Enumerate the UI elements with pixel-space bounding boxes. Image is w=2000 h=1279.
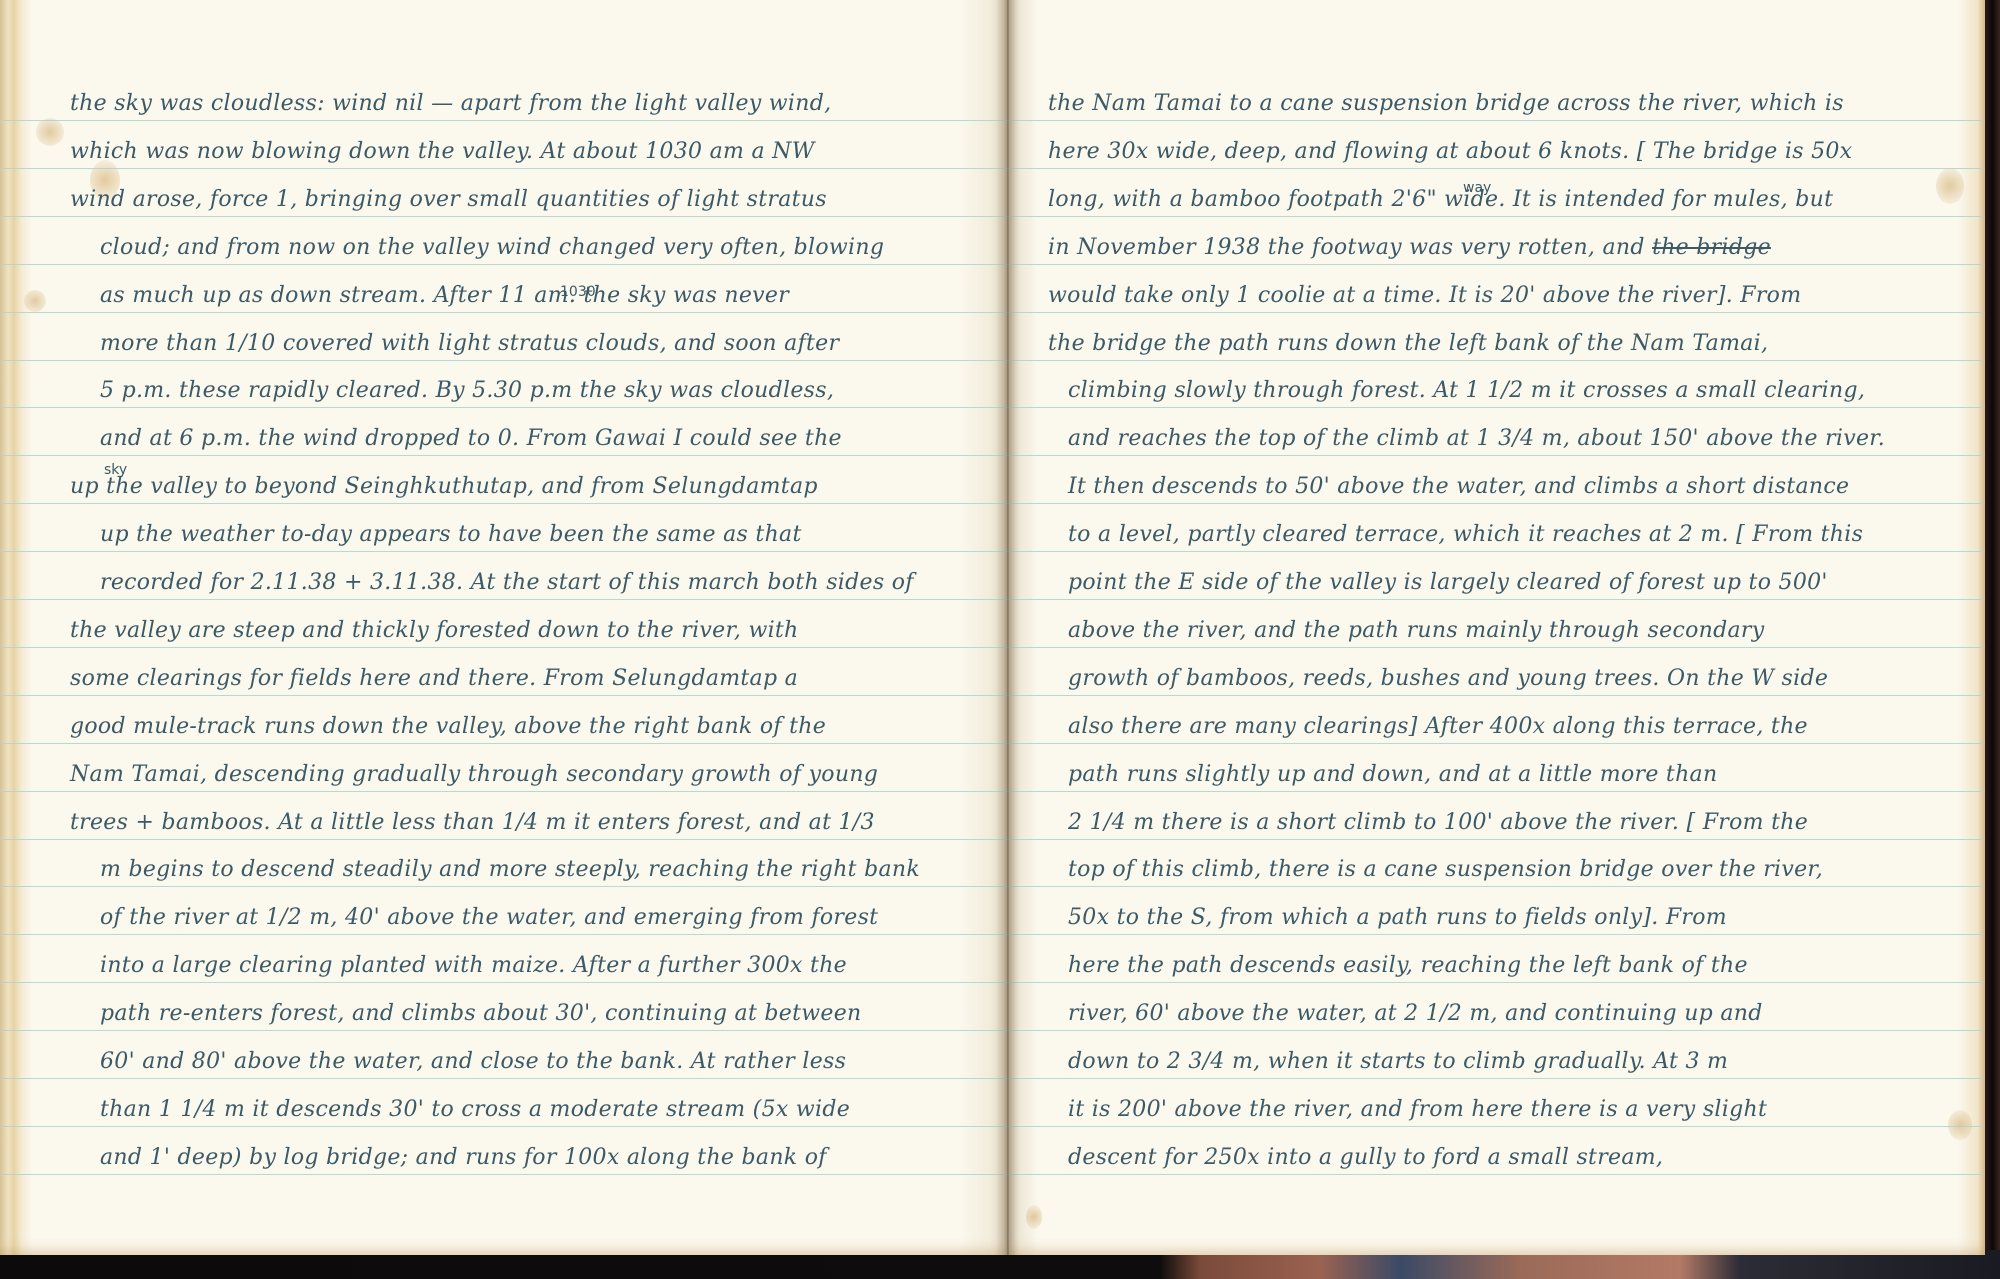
handwritten-line: wind arose, force 1, bringing over small…	[70, 187, 827, 212]
handwritten-line: trees + bamboos. At a little less than 1…	[70, 810, 875, 835]
handwritten-line: It then descends to 50' above the water,…	[1068, 474, 1849, 499]
handwritten-line: descent for 250x into a gully to ford a …	[1068, 1145, 1663, 1170]
ruled-line	[1008, 360, 1985, 361]
handwritten-line: 2 1/4 m there is a short climb to 100' a…	[1068, 810, 1808, 835]
handwritten-line: than 1 1/4 m it descends 30' to cross a …	[100, 1097, 850, 1122]
ruled-line	[1008, 551, 1985, 552]
handwritten-line: of the river at 1/2 m, 40' above the wat…	[100, 905, 878, 930]
handwritten-line: here 30x wide, deep, and flowing at abou…	[1048, 139, 1852, 164]
ruled-line	[0, 791, 1008, 792]
ruled-line	[1008, 1030, 1985, 1031]
handwritten-line: some clearings for fields here and there…	[70, 666, 798, 691]
handwritten-line: down to 2 3/4 m, when it starts to climb…	[1068, 1049, 1728, 1074]
handwritten-line: 60' and 80' above the water, and close t…	[100, 1049, 846, 1074]
handwritten-line: and at 6 p.m. the wind dropped to 0. Fro…	[100, 426, 842, 451]
handwritten-line: point the E side of the valley is largel…	[1068, 570, 1828, 595]
ruled-line	[1008, 455, 1985, 456]
ruled-line	[1008, 168, 1985, 169]
ruled-line	[0, 1174, 1008, 1175]
superscript-time-correction: 1030	[560, 284, 596, 300]
superscript-way-correction: way	[1463, 180, 1491, 196]
ruled-line	[0, 264, 1008, 265]
handwritten-line: top of this climb, there is a cane suspe…	[1068, 857, 1823, 882]
handwritten-line: the bridge the path runs down the left b…	[1048, 331, 1768, 356]
handwritten-line: in November 1938 the footway was very ro…	[1048, 235, 1771, 260]
ruled-line	[1008, 1126, 1985, 1127]
ruled-line	[1008, 839, 1985, 840]
ruled-line	[1008, 1078, 1985, 1079]
ruled-line	[0, 312, 1008, 313]
handwritten-line: the valley are steep and thickly foreste…	[70, 618, 799, 643]
handwritten-line: cloud; and from now on the valley wind c…	[100, 235, 884, 260]
handwritten-line: up the weather to-day appears to have be…	[100, 522, 802, 547]
handwritten-line: to a level, partly cleared terrace, whic…	[1068, 522, 1863, 547]
ruled-line	[0, 360, 1008, 361]
ruled-line	[0, 455, 1008, 456]
handwritten-line: m begins to descend steadily and more st…	[100, 857, 920, 882]
ruled-line	[0, 120, 1008, 121]
ruled-line	[0, 839, 1008, 840]
ruled-line	[0, 982, 1008, 983]
handwritten-line: and reaches the top of the climb at 1 3/…	[1068, 426, 1885, 451]
handwritten-line: the sky was cloudless: wind nil — apart …	[70, 91, 831, 116]
handwritten-line: and 1' deep) by log bridge; and runs for…	[100, 1145, 827, 1170]
paper-stain	[24, 290, 46, 312]
paper-stain	[1936, 168, 1964, 204]
ruled-line	[1008, 982, 1985, 983]
handwritten-line: 5 p.m. these rapidly cleared. By 5.30 p.…	[100, 378, 834, 403]
ruled-line	[1008, 886, 1985, 887]
ruled-line	[0, 1078, 1008, 1079]
ruled-line	[1008, 743, 1985, 744]
ruled-line	[0, 216, 1008, 217]
handwritten-line: Nam Tamai, descending gradually through …	[70, 762, 878, 787]
handwritten-line: 50x to the S, from which a path runs to …	[1068, 905, 1727, 930]
ruled-line	[0, 743, 1008, 744]
ruled-line	[1008, 120, 1985, 121]
ruled-line	[0, 934, 1008, 935]
handwritten-line: good mule-track runs down the valley, ab…	[70, 714, 826, 739]
handwritten-line: up the valley to beyond Seinghkuthutap, …	[70, 474, 818, 499]
ruled-line	[1008, 264, 1985, 265]
handwritten-line: into a large clearing planted with maize…	[100, 953, 847, 978]
paper-stain	[1948, 1110, 1972, 1140]
insertion-word-sky: sky	[104, 462, 127, 478]
ruled-line	[1008, 503, 1985, 504]
ruled-line	[1008, 599, 1985, 600]
ruled-line	[1008, 647, 1985, 648]
ruled-line	[0, 695, 1008, 696]
left-page: the sky was cloudless: wind nil — apart …	[0, 0, 1008, 1255]
handwritten-line: path re-enters forest, and climbs about …	[100, 1001, 861, 1026]
ruled-line	[0, 168, 1008, 169]
handwritten-line: which was now blowing down the valley. A…	[70, 139, 815, 164]
ruled-line	[1008, 216, 1985, 217]
ruled-line	[0, 407, 1008, 408]
handwritten-line: as much up as down stream. After 11 am. …	[100, 283, 789, 308]
ruled-line	[0, 1126, 1008, 1127]
handwritten-line: long, with a bamboo footpath 2'6" wide. …	[1048, 187, 1833, 212]
paper-stain	[36, 118, 64, 146]
handwritten-line: growth of bamboos, reeds, bushes and you…	[1068, 666, 1828, 691]
struck-through-text: the bridge	[1652, 235, 1771, 260]
ruled-line	[0, 551, 1008, 552]
ruled-line	[1008, 934, 1985, 935]
handwritten-line: also there are many clearings] After 400…	[1068, 714, 1808, 739]
handwritten-line: here the path descends easily, reaching …	[1068, 953, 1748, 978]
ruled-line	[1008, 312, 1985, 313]
handwritten-line: would take only 1 coolie at a time. It i…	[1048, 283, 1801, 308]
notebook-cover-edge	[1985, 0, 2000, 1279]
ruled-line	[0, 599, 1008, 600]
handwritten-line: more than 1/10 covered with light stratu…	[100, 331, 839, 356]
ruled-line	[0, 1030, 1008, 1031]
handwritten-line: climbing slowly through forest. At 1 1/2…	[1068, 378, 1865, 403]
ruled-line	[1008, 407, 1985, 408]
ruled-line	[0, 503, 1008, 504]
ruled-line	[1008, 1174, 1985, 1175]
handwritten-line: it is 200' above the river, and from her…	[1068, 1097, 1767, 1122]
ruled-line	[0, 886, 1008, 887]
handwritten-line: the Nam Tamai to a cane suspension bridg…	[1048, 91, 1844, 116]
handwritten-line: above the river, and the path runs mainl…	[1068, 618, 1764, 643]
handwritten-line: river, 60' above the water, at 2 1/2 m, …	[1068, 1001, 1763, 1026]
right-page: the Nam Tamai to a cane suspension bridg…	[1008, 0, 1985, 1255]
ruled-line	[1008, 791, 1985, 792]
paper-stain	[1026, 1205, 1042, 1229]
ruled-line	[0, 647, 1008, 648]
ruled-line	[1008, 695, 1985, 696]
handwritten-line: recorded for 2.11.38 + 3.11.38. At the s…	[100, 570, 914, 595]
handwritten-line: path runs slightly up and down, and at a…	[1068, 762, 1717, 787]
